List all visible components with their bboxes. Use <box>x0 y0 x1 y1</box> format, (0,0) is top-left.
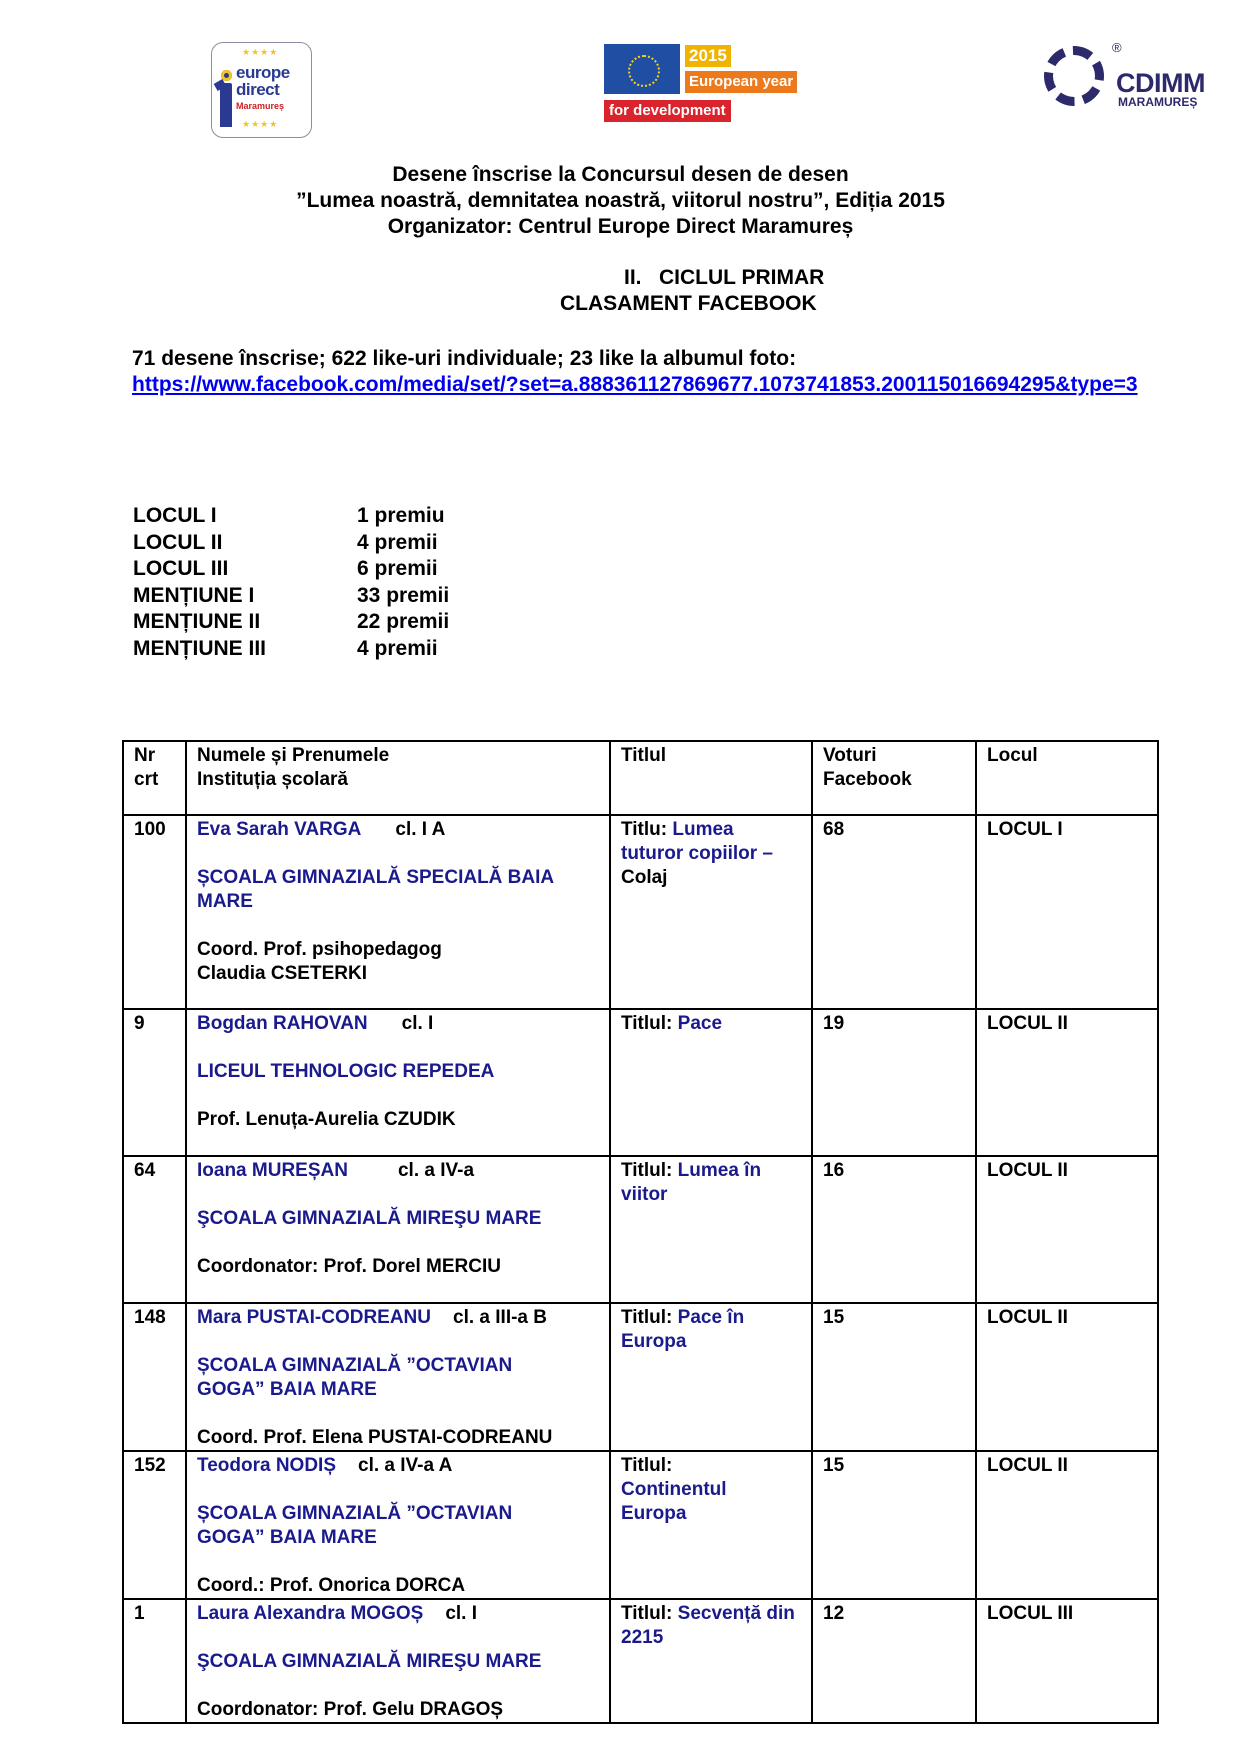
drawing-title: Continentul Europa <box>621 1478 741 1526</box>
logo-text: MARAMUREȘ <box>1118 95 1197 109</box>
prize-count: 1 premiu <box>357 503 445 530</box>
student-name: Bogdan RAHOVAN <box>197 1013 368 1034</box>
prize-count: 4 premii <box>357 636 438 663</box>
prize-row: MENȚIUNE I33 premii <box>133 583 449 610</box>
row-votes: 15 <box>812 1303 976 1451</box>
prize-count: 4 premii <box>357 530 438 557</box>
cdimm-logo: ® CDIMM MARAMUREȘ <box>1040 40 1220 120</box>
prize-count: 22 premii <box>357 609 449 636</box>
row-title-cell: Titlu: Lumea tuturor copiilor – Colaj <box>610 815 812 1009</box>
row-votes: 68 <box>812 815 976 1009</box>
prize-label: MENȚIUNE II <box>133 609 357 636</box>
prize-count: 6 premii <box>357 556 438 583</box>
row-name-cell: Mara PUSTAI-CODREANUcl. a III-a B ȘCOALA… <box>186 1303 610 1451</box>
drawing-title: Pace <box>678 1013 722 1034</box>
prize-label: LOCUL I <box>133 503 357 530</box>
row-place: LOCUL III <box>976 1599 1158 1723</box>
section-heading: II. CICLUL PRIMAR CLASAMENT FACEBOOK <box>560 265 1120 317</box>
logo-text: direct <box>236 80 279 100</box>
row-name-cell: Bogdan RAHOVANcl. I LICEUL TEHNOLOGIC RE… <box>186 1009 610 1156</box>
prize-row: MENȚIUNE II22 premii <box>133 609 449 636</box>
row-name-cell: Eva Sarah VARGAcl. I A ȘCOALA GIMNAZIALĂ… <box>186 815 610 1009</box>
school-name: ŞCOALA GIMNAZIALĂ MIREŞU MARE <box>197 1650 599 1674</box>
row-votes: 19 <box>812 1009 976 1156</box>
row-place: LOCUL II <box>976 1156 1158 1303</box>
section-title: II. CICLUL PRIMAR <box>560 265 1120 291</box>
school-name: ȘCOALA GIMNAZIALĂ SPECIALĂ BAIA MARE <box>197 866 599 914</box>
row-place: LOCUL II <box>976 1009 1158 1156</box>
prize-label: MENȚIUNE I <box>133 583 357 610</box>
row-title-cell: Titlul: Lumea în viitor <box>610 1156 812 1303</box>
table-row: 100 Eva Sarah VARGAcl. I A ȘCOALA GIMNAZ… <box>123 815 1158 1009</box>
star-icons: ★★★★ <box>242 47 278 58</box>
header-title: Titlul <box>610 741 812 815</box>
figure-one-icon <box>220 83 232 127</box>
logo-year: 2015 <box>685 45 731 67</box>
row-nr: 64 <box>123 1156 186 1303</box>
title-line: ”Lumea noastră, demnitatea noastră, viit… <box>0 188 1241 214</box>
header-place: Locul <box>976 741 1158 815</box>
student-name: Teodora NODIȘ <box>197 1455 336 1476</box>
student-class: cl. I <box>402 1013 434 1034</box>
row-nr: 9 <box>123 1009 186 1156</box>
row-title-cell: Titlul: Pace <box>610 1009 812 1156</box>
coordinator: Prof. Lenuța-Aurelia CZUDIK <box>197 1108 599 1132</box>
header-votes: VoturiFacebook <box>812 741 976 815</box>
row-place: LOCUL I <box>976 815 1158 1009</box>
table-row: 148 Mara PUSTAI-CODREANUcl. a III-a B ȘC… <box>123 1303 1158 1451</box>
header-nr: Nrcrt <box>123 741 186 815</box>
row-nr: 100 <box>123 815 186 1009</box>
prize-row: MENȚIUNE III4 premii <box>133 636 449 663</box>
row-nr: 148 <box>123 1303 186 1451</box>
european-year-logo: 2015 European year for development <box>604 44 824 126</box>
coordinator: Coord. Prof. psihopedagog Claudia CSETER… <box>197 938 457 986</box>
student-name: Laura Alexandra MOGOȘ <box>197 1603 423 1624</box>
prize-row: LOCUL II4 premii <box>133 530 449 557</box>
prize-label: MENȚIUNE III <box>133 636 357 663</box>
prize-list: LOCUL I1 premiu LOCUL II4 premii LOCUL I… <box>133 503 449 662</box>
row-title-cell: Titlul: Secvență din 2215 <box>610 1599 812 1723</box>
star-icons: ★★★★ <box>242 119 278 130</box>
coordinator: Coordonator: Prof. Gelu DRAGOȘ <box>197 1698 599 1722</box>
student-class: cl. a IV-a A <box>358 1455 452 1476</box>
subsection-title: CLASAMENT FACEBOOK <box>560 291 1120 317</box>
logo-text: Maramureș <box>236 101 284 111</box>
europe-direct-logo: ★★★★ ★★★★ europe direct Maramureș <box>211 42 312 138</box>
student-class: cl. a III-a B <box>453 1307 547 1328</box>
prize-label: LOCUL II <box>133 530 357 557</box>
title-line: Desene înscrise la Concursul desen de de… <box>0 162 1241 188</box>
student-name: Eva Sarah VARGA <box>197 819 361 840</box>
registered-icon: ® <box>1112 40 1122 55</box>
stats-summary: 71 desene înscrise; 622 like-uri individ… <box>132 346 796 372</box>
organizer-line: Organizator: Centrul Europe Direct Maram… <box>0 214 1241 240</box>
eu-flag-icon <box>604 44 680 94</box>
row-place: LOCUL II <box>976 1303 1158 1451</box>
row-name-cell: Teodora NODIȘcl. a IV-a A ȘCOALA GIMNAZI… <box>186 1451 610 1599</box>
facebook-album-link[interactable]: https://www.facebook.com/media/set/?set=… <box>132 372 1172 398</box>
row-name-cell: Laura Alexandra MOGOȘcl. I ŞCOALA GIMNAZ… <box>186 1599 610 1723</box>
row-title-cell: Titlul: Pace în Europa <box>610 1303 812 1451</box>
student-class: cl. a IV-a <box>398 1160 474 1181</box>
row-votes: 16 <box>812 1156 976 1303</box>
results-table: Nrcrt Numele și PrenumeleInstituția școl… <box>122 740 1159 1724</box>
row-title-cell: Titlul:Continentul Europa <box>610 1451 812 1599</box>
table-header-row: Nrcrt Numele și PrenumeleInstituția școl… <box>123 741 1158 815</box>
student-name: Mara PUSTAI-CODREANU <box>197 1307 431 1328</box>
table-row: 64 Ioana MUREȘANcl. a IV-a ŞCOALA GIMNAZ… <box>123 1156 1158 1303</box>
row-votes: 12 <box>812 1599 976 1723</box>
row-nr: 152 <box>123 1451 186 1599</box>
header-name: Numele și PrenumeleInstituția școlară <box>186 741 610 815</box>
school-name: ȘCOALA GIMNAZIALĂ ”OCTAVIAN GOGA” BAIA M… <box>197 1354 547 1402</box>
school-name: ŞCOALA GIMNAZIALĂ MIREŞU MARE <box>197 1207 599 1231</box>
prize-label: LOCUL III <box>133 556 357 583</box>
row-votes: 15 <box>812 1451 976 1599</box>
coordinator: Coord.: Prof. Onorica DORCA <box>197 1574 599 1598</box>
prize-row: LOCUL III6 premii <box>133 556 449 583</box>
school-name: ȘCOALA GIMNAZIALĂ ”OCTAVIAN GOGA” BAIA M… <box>197 1502 547 1550</box>
logo-text: for development <box>604 100 731 122</box>
student-class: cl. I A <box>395 819 445 840</box>
document-title: Desene înscrise la Concursul desen de de… <box>0 162 1241 240</box>
table-row: 1 Laura Alexandra MOGOȘcl. I ŞCOALA GIMN… <box>123 1599 1158 1723</box>
table-row: 152 Teodora NODIȘcl. a IV-a A ȘCOALA GIM… <box>123 1451 1158 1599</box>
table-row: 9 Bogdan RAHOVANcl. I LICEUL TEHNOLOGIC … <box>123 1009 1158 1156</box>
school-name: LICEUL TEHNOLOGIC REPEDEA <box>197 1060 599 1084</box>
prize-row: LOCUL I1 premiu <box>133 503 449 530</box>
row-place: LOCUL II <box>976 1451 1158 1599</box>
student-class: cl. I <box>445 1603 477 1624</box>
swirl-icon <box>1044 46 1104 106</box>
logo-text: European year <box>685 71 797 93</box>
row-name-cell: Ioana MUREȘANcl. a IV-a ŞCOALA GIMNAZIAL… <box>186 1156 610 1303</box>
prize-count: 33 premii <box>357 583 449 610</box>
row-nr: 1 <box>123 1599 186 1723</box>
student-name: Ioana MUREȘAN <box>197 1160 348 1181</box>
coordinator: Coordonator: Prof. Dorel MERCIU <box>197 1255 599 1279</box>
coordinator: Coord. Prof. Elena PUSTAI-CODREANU <box>197 1426 599 1450</box>
